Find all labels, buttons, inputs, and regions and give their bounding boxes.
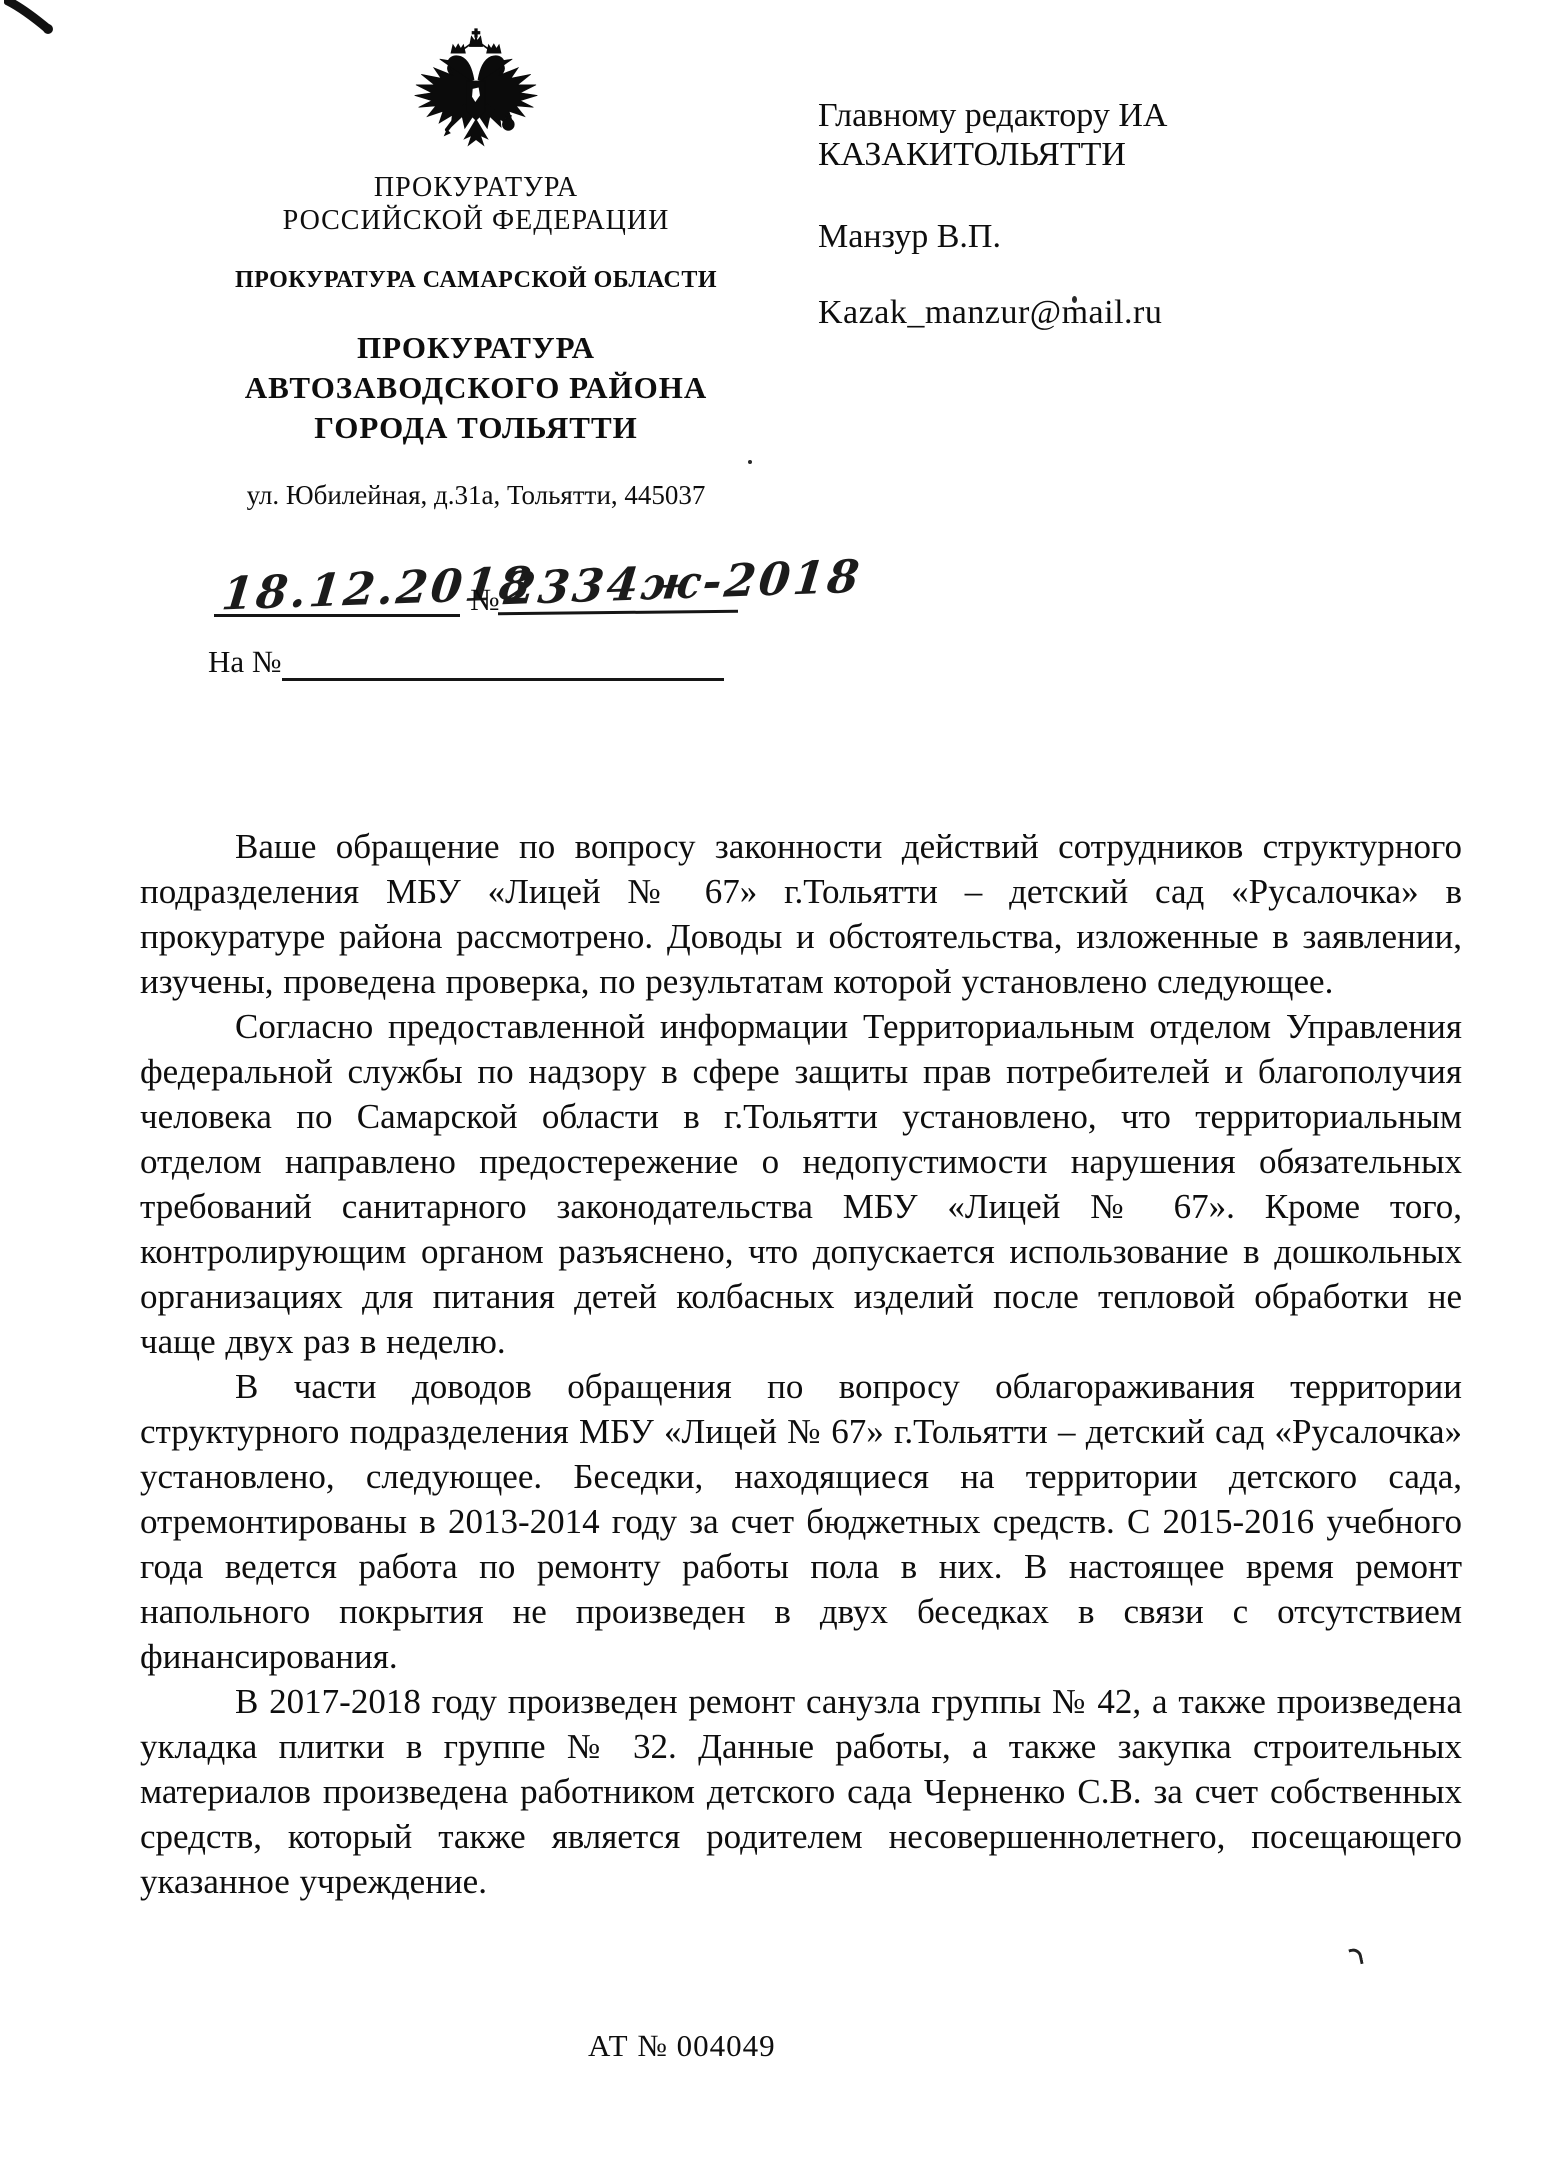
recipient-email: Kazak_manzur@mail.ru — [818, 293, 1438, 332]
scan-speck — [1072, 296, 1077, 303]
letterhead-district: ПРОКУРАТУРА АВТОЗАВОДСКОГО РАЙОНА ГОРОДА… — [140, 328, 812, 448]
letterhead-district-line1: ПРОКУРАТУРА — [140, 328, 812, 368]
letterhead-district-line2: АВТОЗАВОДСКОГО РАЙОНА — [140, 368, 812, 408]
recipient-name: Манзур В.П. — [818, 217, 1438, 256]
recipient-line1: Главному редактору ИА — [818, 96, 1438, 135]
letterhead-federal-block: ПРОКУРАТУРА РОССИЙСКОЙ ФЕДЕРАЦИИ — [140, 171, 812, 237]
letterhead-federal-line2: РОССИЙСКОЙ ФЕДЕРАЦИИ — [140, 204, 812, 237]
outgoing-number-handwritten: 2334ж-2018 — [501, 550, 864, 616]
letterhead-regional: ПРОКУРАТУРА САМАРСКОЙ ОБЛАСТИ — [140, 267, 812, 294]
scan-speck — [1348, 1947, 1363, 1966]
incoming-ref-underline — [282, 678, 724, 681]
scanned-letter-page: ПРОКУРАТУРА РОССИЙСКОЙ ФЕДЕРАЦИИ ПРОКУРА… — [0, 0, 1544, 2160]
date-underline — [214, 614, 460, 617]
recipient-block: Главному редактору ИА КАЗАКИТОЛЬЯТТИ Ман… — [818, 96, 1438, 332]
paragraph: В 2017-2018 году произведен ремонт сануз… — [140, 1679, 1462, 1904]
paragraph: Согласно предоставленной информации Терр… — [140, 1004, 1462, 1364]
coat-of-arms-icon — [410, 28, 542, 147]
letterhead-address: ул. Юбилейная, д.31а, Тольятти, 445037 — [140, 480, 812, 511]
paragraph: Ваше обращение по вопросу законности дей… — [140, 824, 1462, 1004]
pen-stroke-mark — [4, 0, 64, 42]
letterhead-federal-line1: ПРОКУРАТУРА — [140, 171, 812, 204]
letterhead: ПРОКУРАТУРА РОССИЙСКОЙ ФЕДЕРАЦИИ ПРОКУРА… — [140, 24, 812, 511]
outgoing-number-label: № — [470, 582, 500, 618]
incoming-ref-label: На № — [208, 644, 281, 680]
form-number: АТ № 004049 — [588, 2028, 776, 2064]
letter-body: Ваше обращение по вопросу законности дей… — [140, 824, 1462, 1904]
paragraph: В части доводов обращения по вопросу обл… — [140, 1364, 1462, 1679]
letterhead-district-line3: ГОРОДА ТОЛЬЯТТИ — [140, 408, 812, 448]
scan-speck — [748, 460, 752, 464]
recipient-line2: КАЗАКИТОЛЬЯТТИ — [818, 135, 1438, 174]
